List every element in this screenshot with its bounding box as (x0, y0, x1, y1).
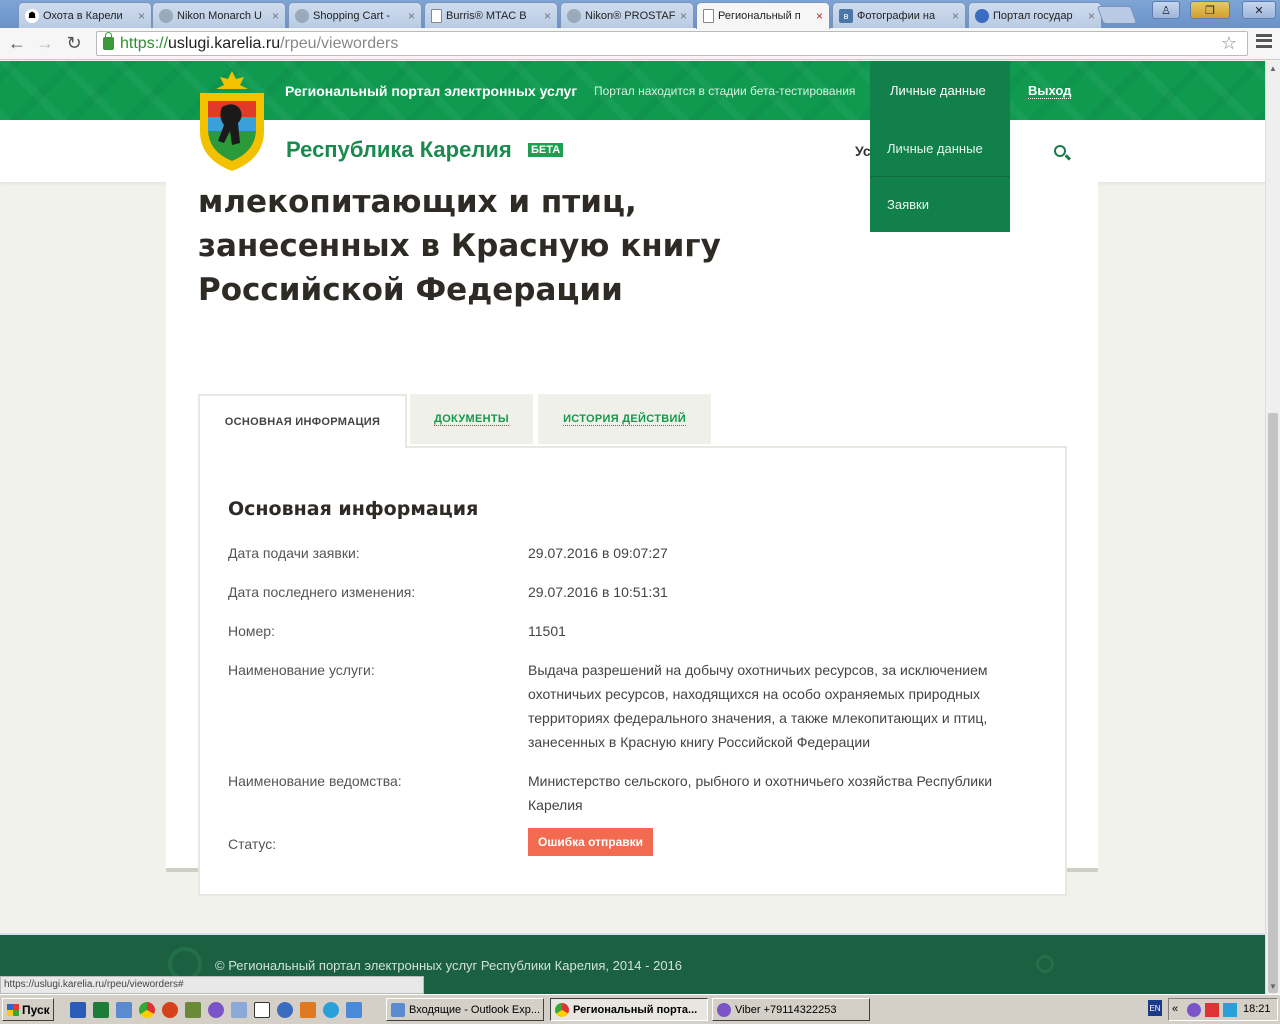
field-value: Министерство сельского, рыбного и охотни… (528, 769, 1038, 817)
tab-panel-main-info: Основная информация Дата подачи заявки: … (198, 446, 1067, 896)
page-title-line: млекопитающих и птиц, (198, 180, 758, 224)
status-badge: Ошибка отправки (528, 828, 653, 856)
nav-services-link[interactable]: Ус (855, 143, 871, 159)
task-outlook[interactable]: Входящие - Outlook Exp... (386, 998, 544, 1021)
url-path: /rpeu/vieworders (280, 35, 398, 53)
portal-title[interactable]: Региональный портал электронных услуг (285, 83, 577, 99)
back-arrow-icon[interactable]: ← (6, 32, 28, 54)
logout-link[interactable]: Выход (1028, 83, 1071, 99)
outlook-icon (391, 1003, 405, 1017)
task-chrome[interactable]: Региональный порта... (550, 998, 708, 1021)
page-title-line: занесенных в Красную книгу (198, 224, 758, 268)
scroll-down-arrow-icon[interactable]: ▼ (1269, 982, 1277, 991)
browser-tab[interactable]: в Фотографии на × (832, 2, 966, 28)
bookmark-star-icon[interactable]: ☆ (1221, 33, 1237, 54)
close-icon[interactable]: × (680, 9, 687, 23)
tab-main-info[interactable]: ОСНОВНАЯ ИНФОРМАЦИЯ (198, 394, 407, 448)
viber-icon (717, 1003, 731, 1017)
close-window-button[interactable]: ✕ (1242, 1, 1276, 19)
expand-tray-icon[interactable]: « (1172, 1003, 1178, 1015)
browser-tab[interactable]: Портал государ × (968, 2, 1102, 28)
dropdown-item-personal-data[interactable]: Личные данные (870, 120, 1010, 176)
viber-icon[interactable] (208, 1002, 224, 1018)
dropdown-item-orders[interactable]: Заявки (870, 176, 1010, 232)
word-icon[interactable] (70, 1002, 86, 1018)
page-viewport: Региональный портал электронных услуг По… (0, 61, 1265, 994)
dropdown-item-label: Заявки (887, 197, 929, 212)
brand-bar (0, 120, 1265, 182)
field-label: Статус: (228, 832, 508, 856)
republic-title[interactable]: Республика Карелия (286, 137, 512, 163)
forward-arrow-icon[interactable]: → (34, 32, 56, 54)
close-icon[interactable]: × (1088, 9, 1095, 23)
field-value: 11501 (528, 619, 1038, 643)
browser-tab-active[interactable]: Региональный п × (696, 2, 830, 29)
page-title: млекопитающих и птиц, занесенных в Красн… (198, 180, 758, 312)
tab-title: Фотографии на (857, 10, 949, 22)
url-host: uslugi.karelia.ru (168, 35, 280, 53)
tab-title: Портал государ (993, 10, 1085, 22)
chrome-icon (555, 1003, 569, 1017)
personal-dropdown-menu: Личные данные Заявки (870, 120, 1010, 232)
field-label: Номер: (228, 619, 508, 643)
portal-icon (975, 9, 989, 23)
tab-history[interactable]: ИСТОРИЯ ДЕЙСТВИЙ (538, 394, 711, 444)
section-title: Основная информация (228, 498, 478, 520)
footer-copyright: © Региональный портал электронных услуг … (215, 958, 682, 973)
browser-tab[interactable]: Nikon® PROSTAF × (560, 2, 694, 28)
beta-note: Портал находится в стадии бета-тестирова… (594, 84, 855, 98)
beta-badge: БЕТА (528, 143, 563, 157)
dropdown-item-label: Личные данные (887, 141, 983, 156)
tab-title: Nikon® PROSTAF (585, 10, 677, 22)
skype-icon[interactable] (323, 1002, 339, 1018)
scroll-thumb[interactable] (1268, 413, 1278, 993)
start-button[interactable]: Пуск (2, 998, 54, 1021)
search-icon[interactable] (1054, 145, 1066, 157)
task-viber[interactable]: Viber +79114322253 (712, 998, 870, 1021)
globe-icon (295, 9, 309, 23)
field-value: 29.07.2016 в 09:07:27 (528, 541, 1038, 565)
tab-title: Shopping Cart - (313, 10, 405, 22)
opera-icon[interactable] (162, 1002, 178, 1018)
url-scheme: https:// (120, 35, 168, 53)
tab-documents[interactable]: ДОКУМЕНТЫ (410, 394, 533, 444)
vk-icon: в (839, 9, 853, 23)
close-icon[interactable]: × (138, 9, 145, 23)
status-bar-url: https://uslugi.karelia.ru/rpeu/vieworder… (0, 976, 424, 994)
antivirus-tray-icon[interactable] (1205, 1003, 1219, 1017)
field-label: Наименование ведомства: (228, 769, 508, 793)
personal-data-label: Личные данные (890, 83, 986, 98)
tab-title: Охота в Карели (43, 10, 135, 22)
karelia-emblem-icon[interactable] (194, 71, 270, 171)
field-value: 29.07.2016 в 10:51:31 (528, 580, 1038, 604)
close-icon[interactable]: × (544, 9, 551, 23)
browser-tab[interactable]: Nikon Monarch U × (152, 2, 286, 28)
chrome-icon[interactable] (139, 1002, 155, 1018)
task-label: Входящие - Outlook Exp... (409, 1004, 540, 1016)
media-player-icon[interactable] (277, 1002, 293, 1018)
clock: 18:21 (1243, 1003, 1271, 1015)
tab-title: Региональный п (718, 10, 813, 22)
close-icon[interactable]: × (272, 9, 279, 23)
page-icon (703, 9, 714, 23)
tab-label: ОСНОВНАЯ ИНФОРМАЦИЯ (225, 416, 380, 428)
scroll-up-arrow-icon[interactable]: ▲ (1269, 64, 1277, 73)
personal-data-menu[interactable]: Личные данные (870, 61, 1010, 120)
globe-icon (159, 9, 173, 23)
field-label: Дата последнего изменения: (228, 580, 508, 604)
footer-social-icon[interactable] (1036, 955, 1054, 973)
field-label: Наименование услуги: (228, 658, 508, 682)
tab-label: ИСТОРИЯ ДЕЙСТВИЙ (563, 413, 686, 426)
window-icon[interactable] (254, 1002, 270, 1018)
content-card: млекопитающих и птиц, занесенных в Красн… (166, 182, 1098, 872)
browser-menu-icon[interactable] (1256, 34, 1272, 48)
field-label: Дата подачи заявки: (228, 541, 508, 565)
tab-title: Nikon Monarch U (177, 10, 269, 22)
close-icon[interactable]: × (816, 9, 823, 23)
lock-icon (103, 37, 114, 50)
system-tray: « 18:21 (1168, 998, 1278, 1021)
browser-tab-strip: ☗ Охота в Карели × Nikon Monarch U × Sho… (0, 0, 1280, 28)
tab-label: ДОКУМЕНТЫ (434, 413, 509, 426)
outlook-icon[interactable] (116, 1002, 132, 1018)
address-bar[interactable]: https://uslugi.karelia.ru/rpeu/vieworder… (96, 31, 1248, 56)
globe-icon (567, 9, 581, 23)
windows-taskbar: Пуск Входящие - Outlook Exp... Региональ… (0, 994, 1280, 1024)
language-indicator[interactable]: EN (1148, 1000, 1162, 1016)
page-title-line: Российской Федерации (198, 268, 758, 312)
close-icon[interactable]: × (408, 9, 415, 23)
page-icon (431, 9, 442, 23)
app-icon[interactable] (185, 1002, 201, 1018)
firefox-icon[interactable] (300, 1002, 316, 1018)
reload-icon[interactable]: ↻ (63, 32, 85, 54)
viber-tray-icon[interactable] (1187, 1003, 1201, 1017)
browser-tab[interactable]: Burris® MTAC B × (424, 2, 558, 28)
close-icon[interactable]: × (952, 9, 959, 23)
user-profile-icon[interactable]: ♙ (1152, 1, 1180, 19)
task-label: Viber +79114322253 (735, 1004, 836, 1016)
top-green-bar: Региональный портал электронных услуг По… (0, 61, 1265, 120)
document-icon[interactable] (231, 1002, 247, 1018)
restore-window-button[interactable]: ❐ (1190, 1, 1230, 19)
browser-toolbar: ← → ↻ https://uslugi.karelia.ru/rpeu/vie… (0, 28, 1280, 60)
new-tab-button[interactable] (1097, 6, 1138, 24)
start-label: Пуск (22, 1003, 50, 1017)
browser-tab[interactable]: Shopping Cart - × (288, 2, 422, 28)
excel-icon[interactable] (93, 1002, 109, 1018)
network-tray-icon[interactable] (1223, 1003, 1237, 1017)
task-label: Региональный порта... (573, 1004, 697, 1016)
tab-title: Burris® MTAC B (446, 10, 541, 22)
hunter-icon: ☗ (25, 9, 39, 23)
field-value: Выдача разрешений на добычу охотничьих р… (528, 658, 1038, 754)
page-scrollbar[interactable]: ▲ ▼ (1265, 61, 1280, 994)
windows-flag-icon (7, 1004, 19, 1016)
ie-icon[interactable] (346, 1002, 362, 1018)
browser-tab[interactable]: ☗ Охота в Карели × (18, 2, 152, 28)
